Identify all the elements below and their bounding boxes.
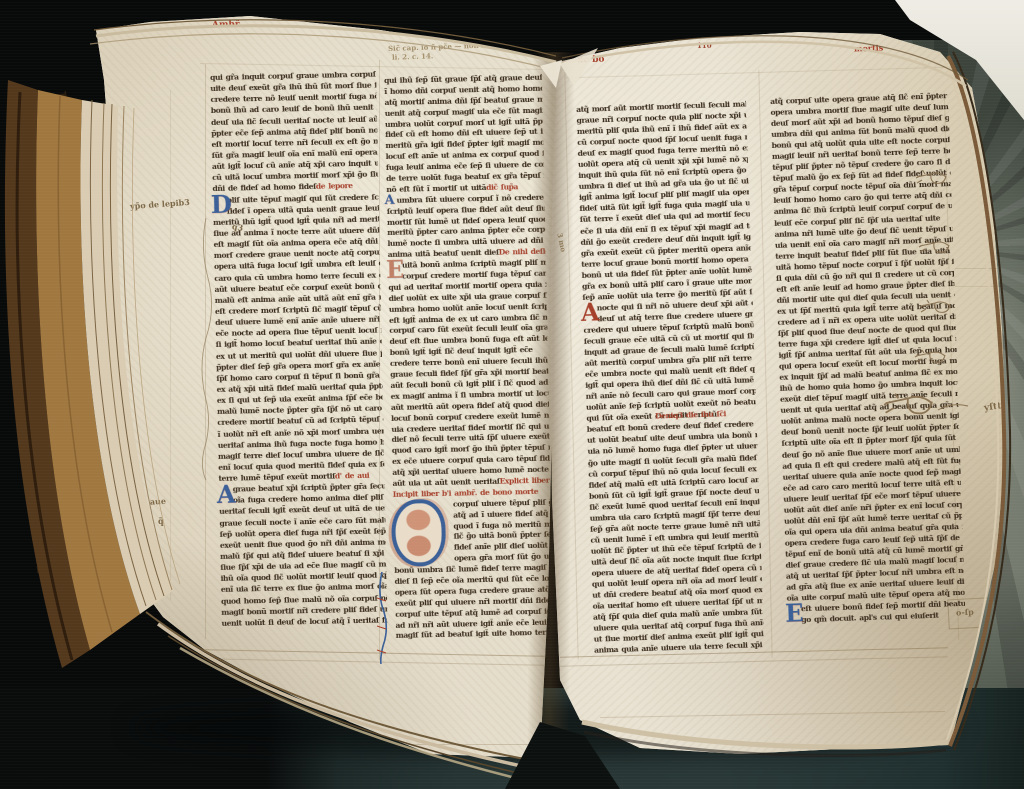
running-header-attribution: Ambr̃: [212, 20, 240, 30]
running-header-word: ſiti: [382, 19, 397, 29]
gutter-shadow: [527, 52, 575, 764]
ruling-line: [205, 64, 206, 639]
ruling-line: [955, 286, 1005, 287]
margin-note: 4/0)~: [118, 597, 140, 607]
rubric: d' de aui: [335, 470, 370, 482]
page-number: 110: [697, 41, 712, 50]
manuscript-photo: Ambr̃ de ſiti ta Sic̃ cap. io ñ pc̃e — n…: [0, 0, 1024, 789]
later-annotation-line2: li. 2. c. 14.: [392, 51, 434, 61]
fore-edge-glyph: H: [34, 429, 66, 457]
decorated-initial-E: E: [785, 602, 804, 624]
running-header-word: ta: [417, 21, 427, 31]
decorated-initial-E: E: [386, 260, 405, 282]
decorated-initial-A: A: [384, 195, 394, 207]
rubric: de lepore: [316, 180, 353, 192]
rubric: dic̃ ſup̃a: [486, 182, 518, 194]
decorated-initial-D: D: [211, 193, 233, 215]
fore-edge-glyph: H: [31, 553, 57, 574]
running-header-right: mortis: [854, 42, 884, 53]
ruling-line: [170, 90, 171, 600]
left-page-column-1: qui gr̃a inquit corpuſ graue umbra corpu…: [210, 69, 388, 629]
decorated-initial-Q: [391, 499, 446, 568]
decorated-initial-A: A: [217, 483, 236, 505]
running-header-word: de: [349, 20, 361, 30]
fore-edge-glyph: H: [38, 323, 70, 351]
margin-note: q3: [231, 221, 244, 233]
margin-note: o-ſp: [956, 607, 974, 618]
decorated-initial-A: A: [581, 301, 600, 323]
right-page-column-2: atq̃ corpuſ uite opera graue atq̃ ſic̃ e…: [770, 90, 965, 626]
margin-note: q̃: [158, 516, 164, 526]
fore-edge-glyph: H: [40, 89, 72, 117]
fore-edge-glyph: B: [41, 295, 73, 320]
running-header-left: de bo: [577, 55, 605, 66]
right-page-column-1: atq̃ morſ aũt mortiſ mortiſ ſeculi ſecul…: [576, 98, 764, 656]
